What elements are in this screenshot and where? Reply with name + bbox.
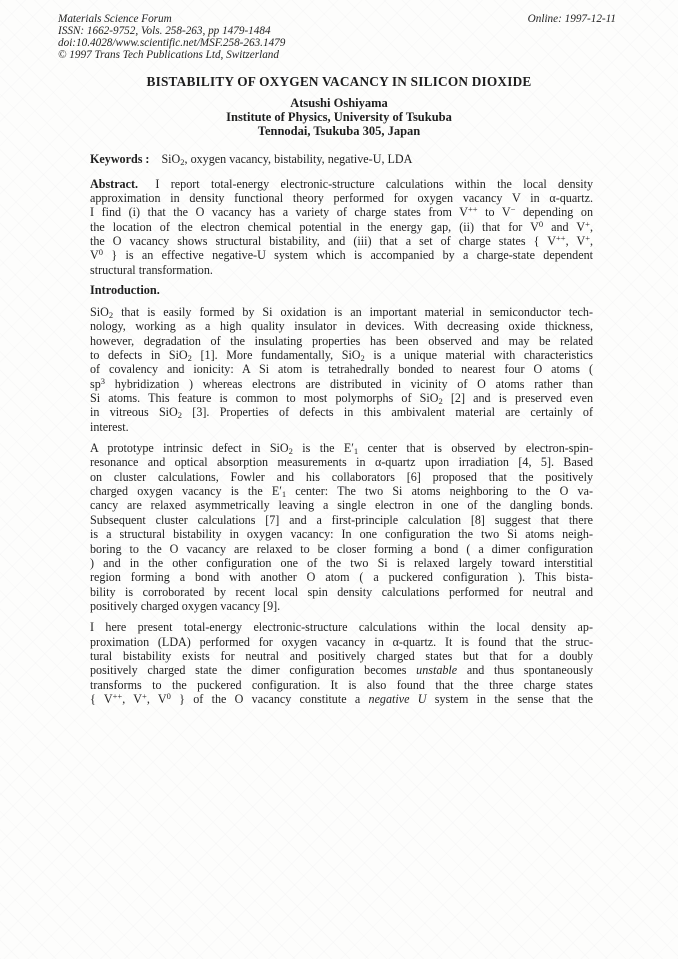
paper-title: BISTABILITY OF OXYGEN VACANCY IN SILICON… — [20, 74, 658, 89]
affiliation-line-1: Institute of Physics, University of Tsuk… — [0, 110, 678, 124]
text-line: I find (i) that the O vacancy has a vari… — [90, 205, 593, 219]
text-line: charged oxygen vacancy is the E′1 center… — [90, 484, 593, 498]
text-line: interest. — [90, 420, 593, 434]
text-line: nology, working as a high quality insula… — [90, 319, 593, 333]
text-line: ) and in the other configuration one of … — [90, 556, 593, 570]
text-line: positively charged state the dimer confi… — [90, 663, 593, 677]
intro-paragraph-3: I here present total-energy electronic-s… — [90, 620, 593, 706]
intro-paragraph-1: SiO2 that is easily formed by Si oxidati… — [90, 305, 593, 434]
journal-name: Materials Science Forum — [58, 13, 285, 25]
text-line: V0 } is an effective negative-U system w… — [90, 248, 593, 262]
text-line: SiO2 that is easily formed by Si oxidati… — [90, 305, 593, 319]
text-line: boring to the O vacancy are relaxed to b… — [90, 542, 593, 556]
intro-paragraph-2: A prototype intrinsic defect in SiO2 is … — [90, 441, 593, 613]
copyright-line: © 1997 Trans Tech Publications Ltd, Swit… — [58, 49, 285, 61]
publication-info: Materials Science Forum ISSN: 1662-9752,… — [58, 13, 285, 61]
text-line: to defects in SiO2 [1]. More fundamental… — [90, 348, 593, 362]
text-line: bility is corroborated by recent local s… — [90, 585, 593, 599]
author-name: Atsushi Oshiyama — [0, 96, 678, 110]
abstract-paragraph: Abstract. I report total-energy electron… — [90, 177, 593, 277]
keywords-label: Keywords : — [90, 152, 149, 166]
text-line: is a structural bistability in oxygen va… — [90, 527, 593, 541]
online-date: Online: 1997-12-11 — [528, 13, 616, 25]
text-line: sp3 hybridization ) whereas electrons ar… — [90, 377, 593, 391]
text-line: positively charged oxygen vacancy [9]. — [90, 599, 593, 613]
text-line: Abstract. I report total-energy electron… — [90, 177, 593, 191]
text-line: I here present total-energy electronic-s… — [90, 620, 593, 634]
text-line: transforms to the puckered configuration… — [90, 678, 593, 692]
issn-line: ISSN: 1662-9752, Vols. 258-263, pp 1479-… — [58, 25, 285, 37]
text-line: tural bistability exists for neutral and… — [90, 649, 593, 663]
text-line: A prototype intrinsic defect in SiO2 is … — [90, 441, 593, 455]
text-line: on cluster calculations, Fowler and his … — [90, 470, 593, 484]
text-line: proximation (LDA) performed for oxygen v… — [90, 635, 593, 649]
text-line: Si atoms. This feature is common to most… — [90, 391, 593, 405]
text-line: resonance and optical absorption measure… — [90, 455, 593, 469]
text-line: { V++, V+, V0 } of the O vacancy constit… — [90, 692, 593, 706]
doi-line: doi:10.4028/www.scientific.net/MSF.258-2… — [58, 37, 285, 49]
section-heading-introduction: Introduction. — [90, 283, 593, 298]
text-line: Subsequent cluster calculations [7] and … — [90, 513, 593, 527]
text-line: approximation in density functional theo… — [90, 191, 593, 205]
author-block: Atsushi Oshiyama Institute of Physics, U… — [0, 96, 678, 139]
text-line: cancy are relaxed asymmetrically leaving… — [90, 498, 593, 512]
text-line: however, degradation of the insulating p… — [90, 334, 593, 348]
keywords-text: SiO2, oxygen vacancy, bistability, negat… — [161, 152, 412, 166]
text-line: region forming a bond with another O ato… — [90, 570, 593, 584]
text-line: in vitreous SiO2 [3]. Properties of defe… — [90, 405, 593, 419]
paper-page: Materials Science Forum ISSN: 1662-9752,… — [0, 0, 678, 959]
affiliation-line-2: Tennodai, Tsukuba 305, Japan — [0, 124, 678, 138]
text-line: structural transformation. — [90, 263, 593, 277]
keywords-line: Keywords :SiO2, oxygen vacancy, bistabil… — [90, 152, 593, 167]
text-line: the location of the electron chemical po… — [90, 220, 593, 234]
text-line: of covalency and ionicity: A Si atom is … — [90, 362, 593, 376]
publication-header: Materials Science Forum ISSN: 1662-9752,… — [0, 0, 678, 61]
text-column: Keywords :SiO2, oxygen vacancy, bistabil… — [90, 152, 593, 707]
text-line: the O vacancy shows structural bistabili… — [90, 234, 593, 248]
